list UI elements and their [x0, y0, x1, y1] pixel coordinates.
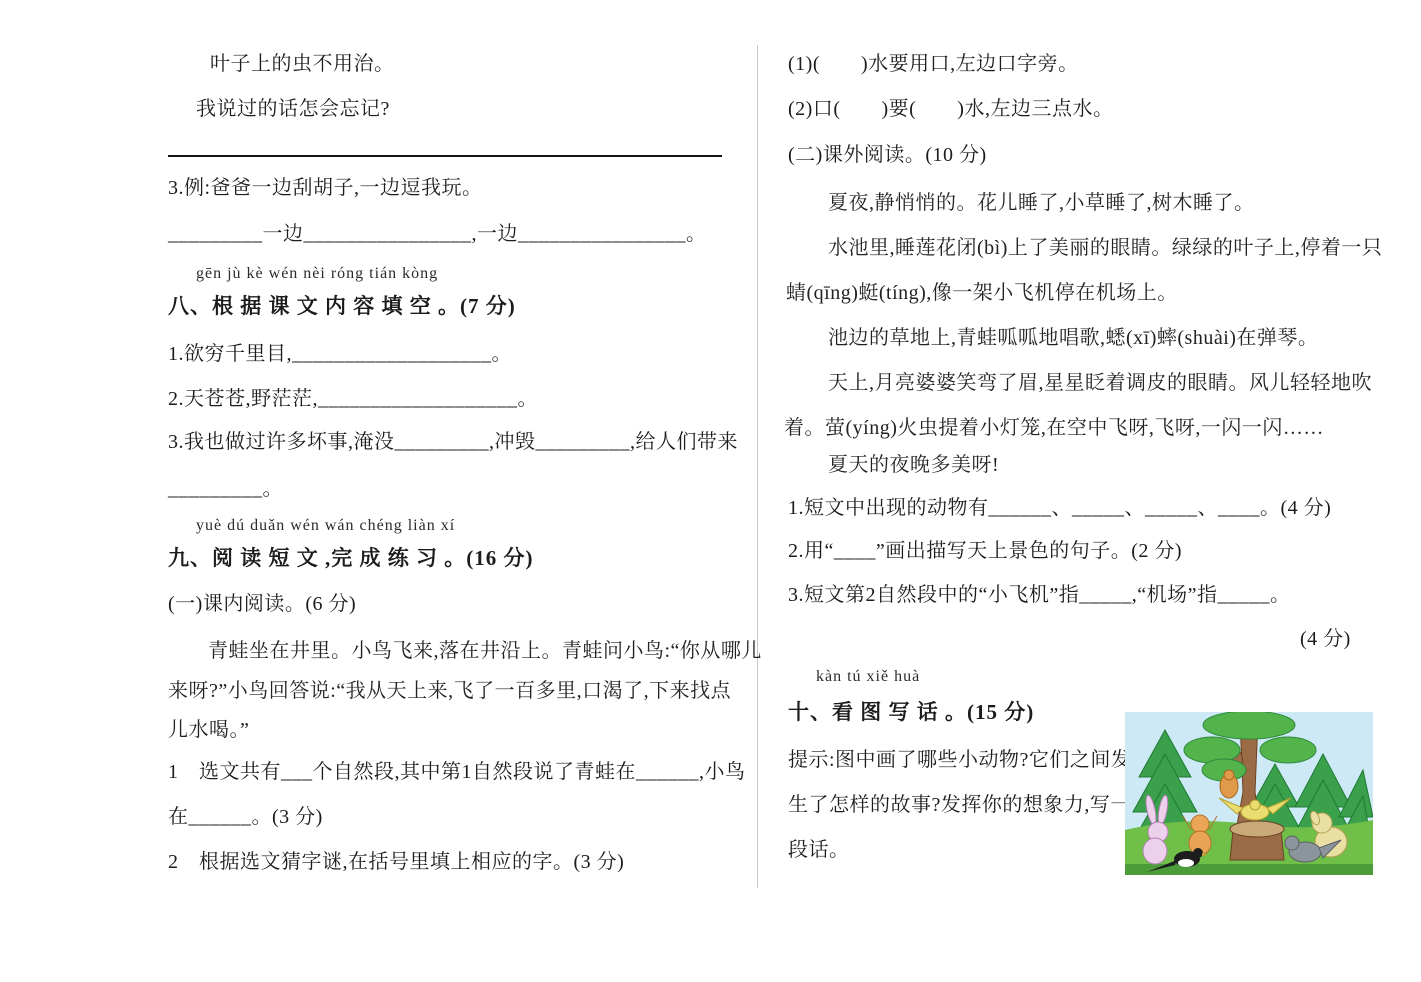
writing-hint-line-3: 段话。 — [788, 838, 850, 862]
night-passage-line-2: 水池里,睡莲花闭(bì)上了美丽的眼睛。绿绿的叶子上,停着一只 — [828, 236, 1382, 260]
scene-illustration — [1125, 712, 1373, 875]
section-8-heading: 八、根 据 课 文 内 容 填 空 。(7 分) — [168, 294, 516, 319]
writing-hint-line-1: 提示:图中画了哪些小动物?它们之间发 — [788, 748, 1131, 772]
frog-passage-line-2: 来呀?”小鸟回答说:“我从天上来,飞了一百多里,口渴了,下来找点 — [168, 679, 731, 703]
pinyin-section-9: yuè dú duǎn wén wán chéng liàn xí — [196, 516, 455, 535]
night-question-3: 3.短文第2自然段中的“小飞机”指_____,“机场”指_____。 — [788, 583, 1291, 607]
night-question-1: 1.短文中出现的动物有______、_____、_____、____。(4 分) — [788, 496, 1331, 520]
q3-example: 3.例:爸爸一边刮胡子,一边逗我玩。 — [168, 176, 483, 200]
night-question-2: 2.用“____”画出描写天上景色的句子。(2 分) — [788, 539, 1182, 563]
night-passage-line-6: 着。萤(yíng)火虫提着小灯笼,在空中飞呀,飞呀,一闪一闪…… — [784, 416, 1324, 440]
frog-question-2: 2 根据选文猜字谜,在括号里填上相应的字。(3 分) — [168, 850, 624, 874]
night-question-3-score: (4 分) — [1300, 627, 1351, 651]
section-9-heading: 九、阅 读 短 文 ,完 成 练 习 。(16 分) — [168, 546, 534, 571]
writing-hint-line-2: 生了怎样的故事?发挥你的想象力,写一 — [788, 793, 1131, 817]
left-sentence-leaf-bug: 叶子上的虫不用治。 — [210, 52, 395, 76]
riddle-answer-2: (2)口( )要( )水,左边三点水。 — [788, 97, 1113, 121]
night-passage-line-1: 夏夜,静悄悄的。花儿睡了,小草睡了,树木睡了。 — [828, 191, 1255, 215]
frog-question-1: 1 选文共有___个自然段,其中第1自然段说了青蛙在______,小鸟 — [168, 760, 746, 784]
fill-blank-3-cont: _________。 — [168, 477, 283, 501]
horizontal-rule — [168, 155, 722, 157]
tree-stump-icon — [1230, 821, 1284, 860]
riddle-answer-1: (1)( )水要用口,左边口字旁。 — [788, 52, 1079, 76]
night-passage-line-3: 蜻(qīng)蜓(tíng),像一架小飞机停在机场上。 — [786, 281, 1178, 305]
frog-passage-line-1: 青蛙坐在井里。小鸟飞来,落在井沿上。青蛙问小鸟:“你从哪儿 — [208, 639, 762, 663]
q3-blank-line: _________一边________________,一边__________… — [168, 222, 707, 246]
frog-passage-line-3: 儿水喝。” — [168, 718, 249, 742]
subsection-1-title: (一)课内阅读。(6 分) — [168, 592, 356, 616]
section-10-heading: 十、看 图 写 话 。(15 分) — [788, 700, 1034, 725]
subsection-2-title: (二)课外阅读。(10 分) — [788, 143, 987, 167]
fill-blank-1: 1.欲穷千里目,___________________。 — [168, 342, 512, 366]
fill-blank-2: 2.天苍苍,野茫茫,___________________。 — [168, 387, 538, 411]
night-passage-line-5: 天上,月亮婆婆笑弯了眉,星星眨着调皮的眼睛。风儿轻轻地吹 — [828, 371, 1372, 395]
column-divider — [757, 45, 758, 888]
pinyin-section-10: kàn tú xiě huà — [816, 667, 920, 686]
night-passage-line-4: 池边的草地上,青蛙呱呱地唱歌,蟋(xī)蟀(shuài)在弹琴。 — [828, 326, 1318, 350]
left-sentence-forget: 我说过的话怎会忘记? — [196, 97, 390, 121]
illu-grass-dark — [1125, 864, 1373, 875]
frog-question-1-cont: 在______。(3 分) — [168, 805, 323, 829]
fill-blank-3: 3.我也做过许多坏事,淹没_________,冲毁_________,给人们带来 — [168, 430, 738, 454]
pinyin-section-8: gēn jù kè wén nèi róng tián kòng — [196, 264, 438, 283]
night-passage-line-7: 夏天的夜晚多美呀! — [828, 453, 999, 477]
